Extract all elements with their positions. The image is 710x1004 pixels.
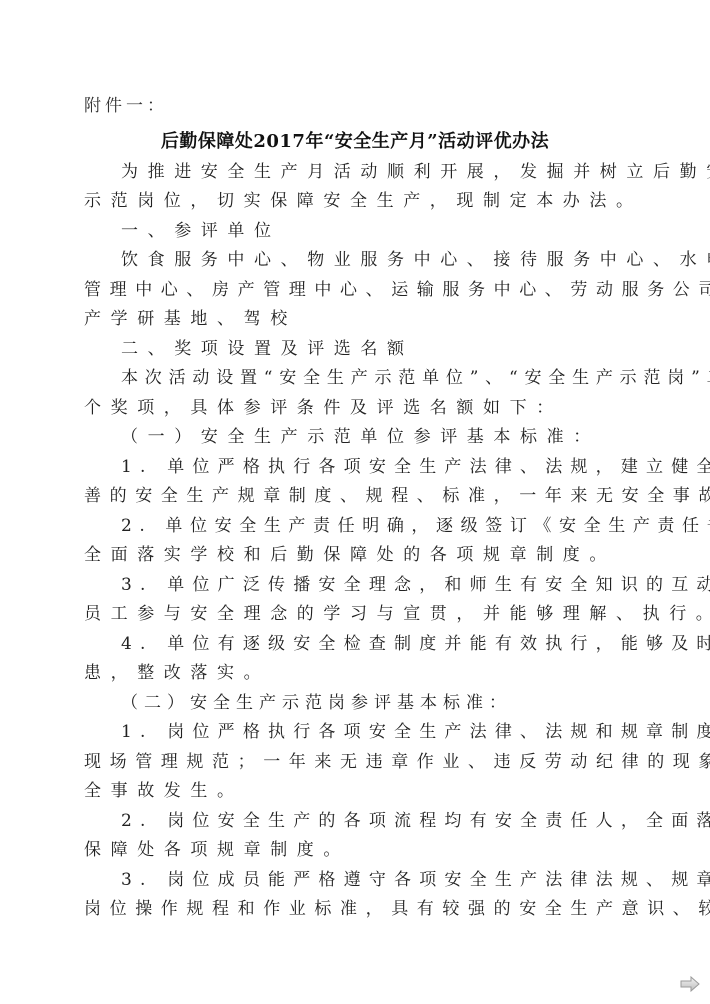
paragraph-line: 本次活动设置“安全生产示范单位”、“安全生产示范岗”二 (121, 368, 666, 388)
paragraph-line: 员工参与安全理念的学习与宣贯，并能够理解、执行。 (84, 604, 629, 624)
paragraph-line: 2. 单位安全生产责任明确，逐级签订《安全生产责任书》， (121, 516, 666, 536)
section-heading: 一、参评单位 (121, 221, 666, 241)
paragraph-line: 2. 岗位安全生产的各项流程均有安全责任人，全面落实后勤 (121, 811, 666, 831)
subsection-heading: （二）安全生产示范岗参评基本标准： (121, 693, 666, 713)
paragraph-line: 为推进安全生产月活动顺利开展，发掘并树立后勤安全生产 (121, 162, 666, 182)
paragraph-line: 保障处各项规章制度。 (84, 840, 629, 860)
paragraph-line: 管理中心、房产管理中心、运输服务中心、劳动服务公司、秭归 (84, 280, 629, 300)
paragraph-line: 1. 岗位严格执行各项安全生产法律、法规和规章制度，岗位 (121, 722, 666, 742)
paragraph-line: 示范岗位，切实保障安全生产，现制定本办法。 (84, 191, 629, 211)
paragraph-line: 3. 岗位成员能严格遵守各项安全生产法律法规、规章制度、 (121, 870, 666, 890)
paragraph-line: 善的安全生产规章制度、规程、标准，一年来无安全事故发生。 (84, 486, 629, 506)
paragraph-line: 饮食服务中心、物业服务中心、接待服务中心、水电与节能 (121, 250, 666, 270)
section-heading: 二、奖项设置及评选名额 (121, 339, 666, 359)
document-title: 后勤保障处2017年“安全生产月”活动评优办法 (0, 131, 710, 153)
paragraph-line: 1. 单位严格执行各项安全生产法律、法规，建立健全科学完 (121, 457, 666, 477)
paragraph-line: 产学研基地、驾校 (84, 309, 629, 329)
attachment-label: 附件一： (84, 96, 629, 116)
paragraph-line: 全事故发生。 (84, 781, 629, 801)
paragraph-line: 现场管理规范；一年来无违章作业、违反劳动纪律的现象，无安 (84, 752, 629, 772)
document-page: 附件一： 后勤保障处2017年“安全生产月”活动评优办法 为推进安全生产月活动顺… (0, 0, 710, 1004)
next-page-arrow-icon[interactable] (680, 976, 700, 992)
paragraph-line: 全面落实学校和后勤保障处的各项规章制度。 (84, 545, 629, 565)
paragraph-line: 岗位操作规程和作业标准，具有较强的安全生产意识、较高的安 (84, 899, 629, 919)
paragraph-line: 个奖项，具体参评条件及评选名额如下： (84, 398, 629, 418)
paragraph-line: 患，整改落实。 (84, 663, 629, 683)
paragraph-line: 4. 单位有逐级安全检查制度并能有效执行，能够及时排查隐 (121, 634, 666, 654)
paragraph-line: 3. 单位广泛传播安全理念，和师生有安全知识的互动，所有 (121, 575, 666, 595)
subsection-heading: （一）安全生产示范单位参评基本标准： (121, 427, 666, 447)
